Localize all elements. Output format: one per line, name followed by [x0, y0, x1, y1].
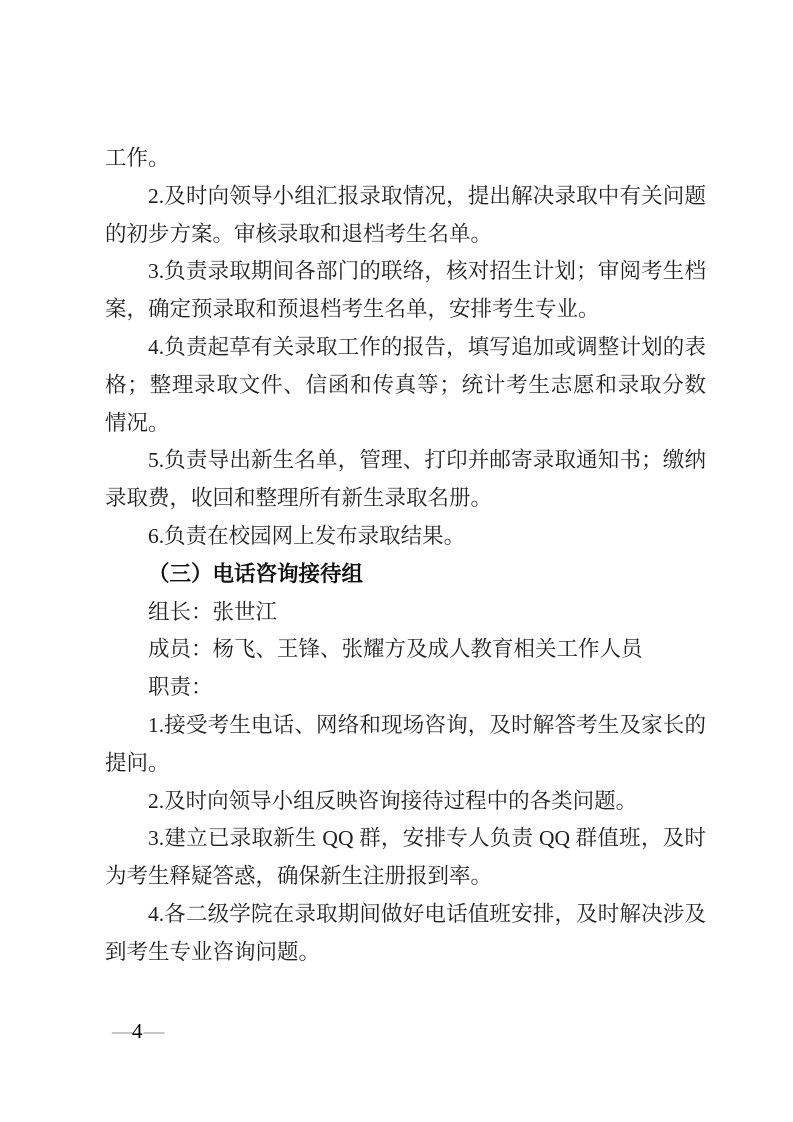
document-page: 工作。 2.及时向领导小组汇报录取情况，提出解决录取中有关问题的初步方案。审核录…: [0, 0, 793, 1122]
page-number-dash-left: —: [112, 1019, 131, 1043]
page-number-value: 4: [131, 1019, 144, 1043]
page-number-dash-right: —: [144, 1019, 163, 1043]
paragraph-duty-2: 2.及时向领导小组汇报录取情况，提出解决录取中有关问题的初步方案。审核录取和退档…: [105, 178, 706, 254]
paragraph-phone-duty-2: 2.及时向领导小组反映咨询接待过程中的各类问题。: [105, 783, 706, 821]
page-body-text: 工作。 2.及时向领导小组汇报录取情况，提出解决录取中有关问题的初步方案。审核录…: [105, 140, 706, 972]
paragraph-duty-3: 3.负责录取期间各部门的联络，核对招生计划；审阅考生档案，确定预录取和预退档考生…: [105, 253, 706, 329]
paragraph-phone-duty-1: 1.接受考生电话、网络和现场咨询，及时解答考生及家长的提问。: [105, 707, 706, 783]
paragraph-continuation: 工作。: [105, 140, 706, 178]
section-heading-group-3: （三）电话咨询接待组: [105, 556, 706, 594]
paragraph-duties-label: 职责：: [105, 669, 706, 707]
paragraph-group-members: 成员：杨飞、王锋、张耀方及成人教育相关工作人员: [105, 631, 706, 669]
paragraph-duty-6: 6.负责在校园网上发布录取结果。: [105, 518, 706, 556]
paragraph-phone-duty-3: 3.建立已录取新生 QQ 群，安排专人负责 QQ 群值班，及时为考生释疑答惑，确…: [105, 820, 706, 896]
page-number: —4—: [112, 1016, 163, 1046]
paragraph-phone-duty-4: 4.各二级学院在录取期间做好电话值班安排，及时解决涉及到考生专业咨询问题。: [105, 896, 706, 972]
paragraph-duty-5: 5.负责导出新生名单，管理、打印并邮寄录取通知书；缴纳录取费，收回和整理所有新生…: [105, 442, 706, 518]
paragraph-group-leader: 组长：张世江: [105, 594, 706, 632]
paragraph-duty-4: 4.负责起草有关录取工作的报告，填写追加或调整计划的表格；整理录取文件、信函和传…: [105, 329, 706, 442]
